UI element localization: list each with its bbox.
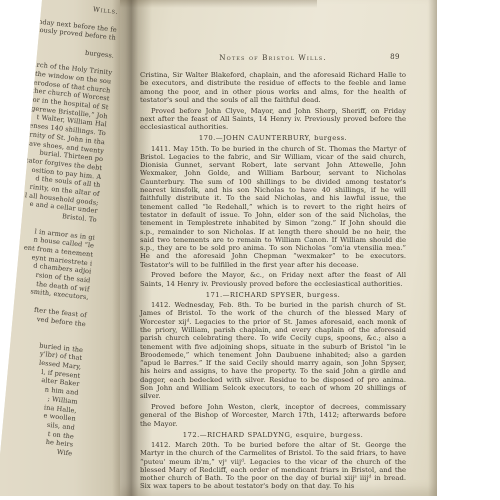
paragraph: Proved before John Weston, clerk, incept… [140,403,406,428]
fore-edge-shadow [428,0,437,496]
entry-heading: 170.—JOHN CAUNTERBURY, burgess. [140,134,406,142]
open-book: Wills. Monday next before the fereviousl… [0,0,437,496]
paragraph: Proved before John Clyve, Mayor, and Joh… [140,107,406,132]
page-number: 89 [390,53,400,61]
paragraph: 1412. Wednesday, Feb. 8th. To be buried … [140,301,406,401]
left-page-running-title: Wills. [0,0,119,17]
page-content: Cristina, Sir Walter Blakeford, chaplain… [140,71,406,491]
entry-heading: 172.—RICHARD SPALDYNG, esquire, burgess. [140,431,406,439]
book-photo: Wills. Monday next before the fereviousl… [0,0,500,500]
paragraph: 1411. May 15th. To be buried in the chur… [140,145,406,269]
entry-heading: 171.—RICHARD SPYSER, burgess. [140,291,406,299]
running-title: Notes of Bristol Wills. [140,53,406,62]
paragraph: Proved before the Mayor, &c., on Friday … [140,271,406,288]
paragraph: Cristina, Sir Walter Blakeford, chaplain… [140,71,406,104]
left-page-lines: Monday next before the fereviously prove… [0,2,117,459]
text-column: Notes of Bristol Wills. 89 Cristina, Sir… [140,53,406,493]
paragraph: 1412. March 20th. To be buried before th… [140,441,406,491]
left-page-text: Wills. Monday next before the fereviousl… [0,0,119,458]
